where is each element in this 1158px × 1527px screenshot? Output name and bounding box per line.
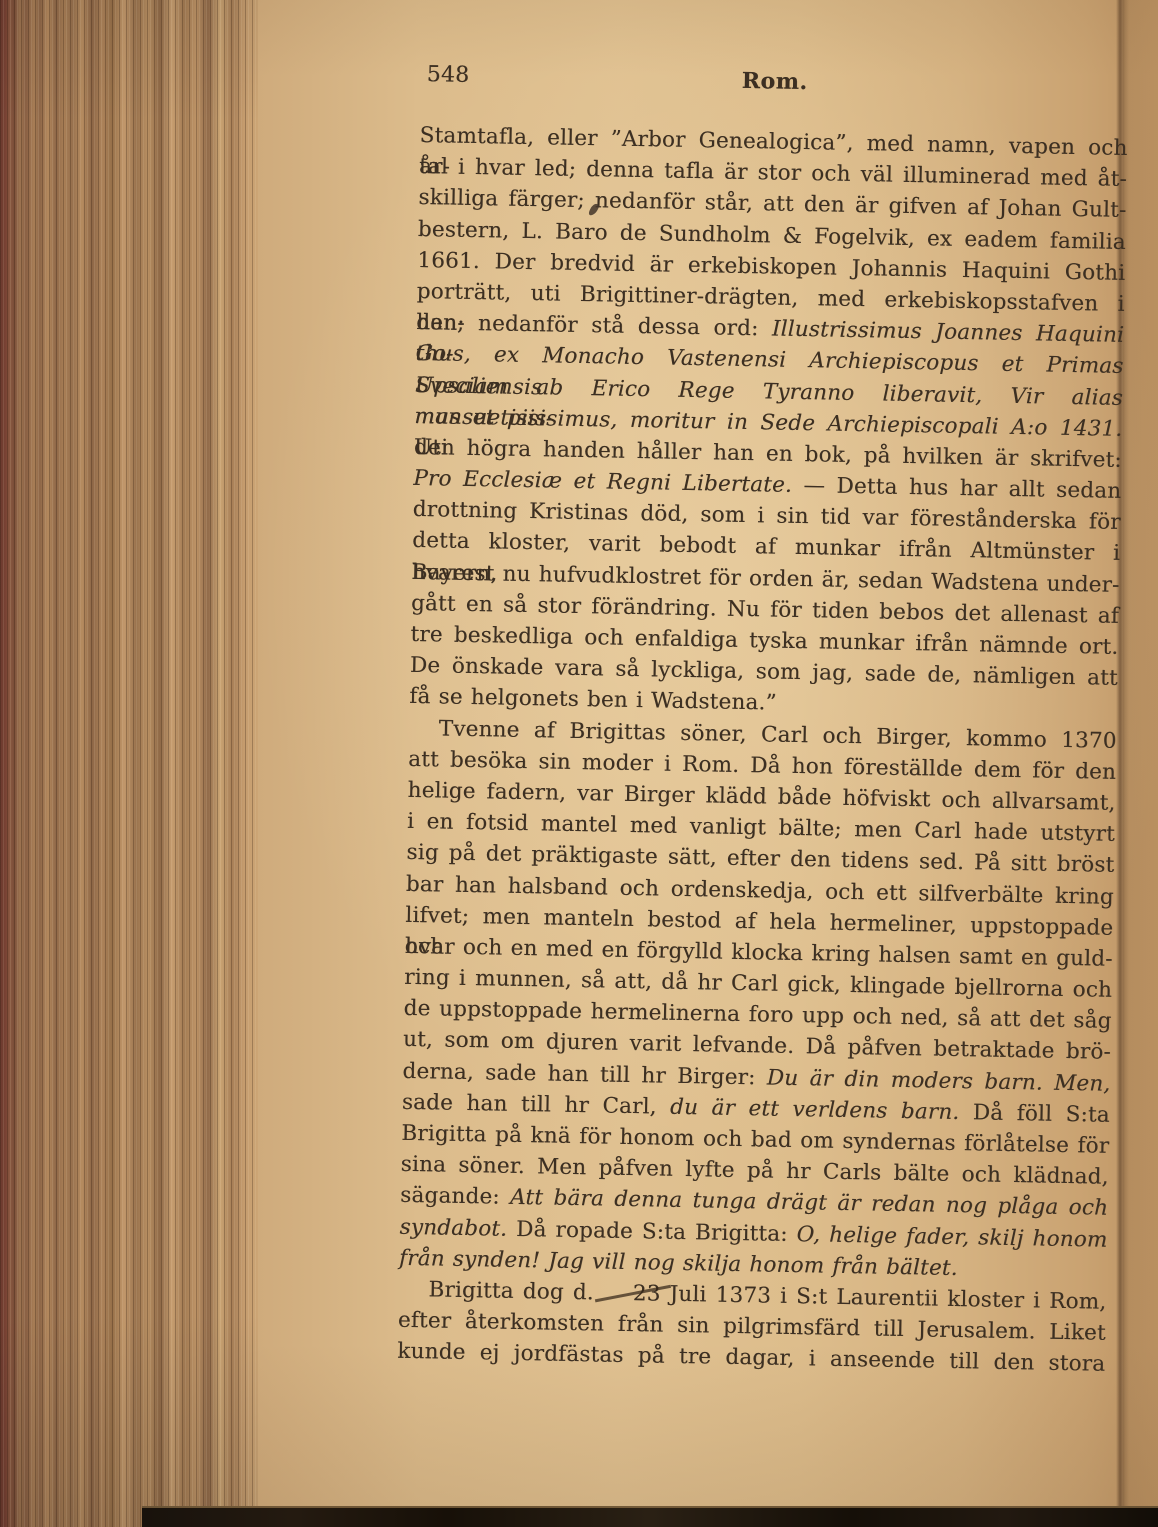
struck-number: 23 bbox=[603, 1277, 661, 1309]
text-run: sade han till hr Carl, bbox=[402, 1090, 671, 1120]
text-run: — Detta hus har allt sedan bbox=[792, 473, 1122, 504]
text-run: sägande: bbox=[400, 1183, 510, 1210]
book-cover-edge bbox=[142, 1506, 1158, 1527]
book-fore-edge bbox=[0, 0, 264, 1527]
text-run: den; nedanför stå dessa ord: bbox=[416, 310, 772, 342]
text-run: Brigitta dog d. bbox=[428, 1277, 603, 1305]
text-run-italic: syndabot. bbox=[399, 1214, 507, 1241]
page-number: 548 bbox=[427, 62, 470, 88]
running-header: Rom. bbox=[421, 62, 1129, 101]
text-run: Juli 1373 i S:t Laurentii kloster i Rom, bbox=[660, 1282, 1106, 1315]
page-content: 548 Rom. Stamtafla, eller ”Arbor Genealo… bbox=[397, 62, 1129, 1380]
book-scan: 548 Rom. Stamtafla, eller ”Arbor Genealo… bbox=[0, 0, 1158, 1527]
text-run-italic: du är ett verldens barn. bbox=[670, 1095, 960, 1125]
page-header: 548 Rom. bbox=[420, 62, 1128, 105]
text-run-italic: Du är din moders barn. Men, bbox=[767, 1065, 1111, 1096]
text-run: Då föll S:ta bbox=[959, 1100, 1110, 1128]
text-run-italic: O, helige fader, skilj honom bbox=[796, 1222, 1107, 1253]
book-page: 548 Rom. Stamtafla, eller ”Arbor Genealo… bbox=[258, 0, 1158, 1527]
text-run: Då ropade S:ta Brigitta: bbox=[507, 1216, 797, 1246]
text-run-italic: Pro Ecclesiæ et Regni Libertate. bbox=[413, 466, 792, 498]
text-lines: Stamtafla, eller ”Arbor Genealogica”, me… bbox=[397, 120, 1128, 1380]
text-run: få se helgonets ben i Wadstena.” bbox=[409, 684, 777, 716]
text-run: derna, sade han till hr Birger: bbox=[402, 1058, 767, 1090]
